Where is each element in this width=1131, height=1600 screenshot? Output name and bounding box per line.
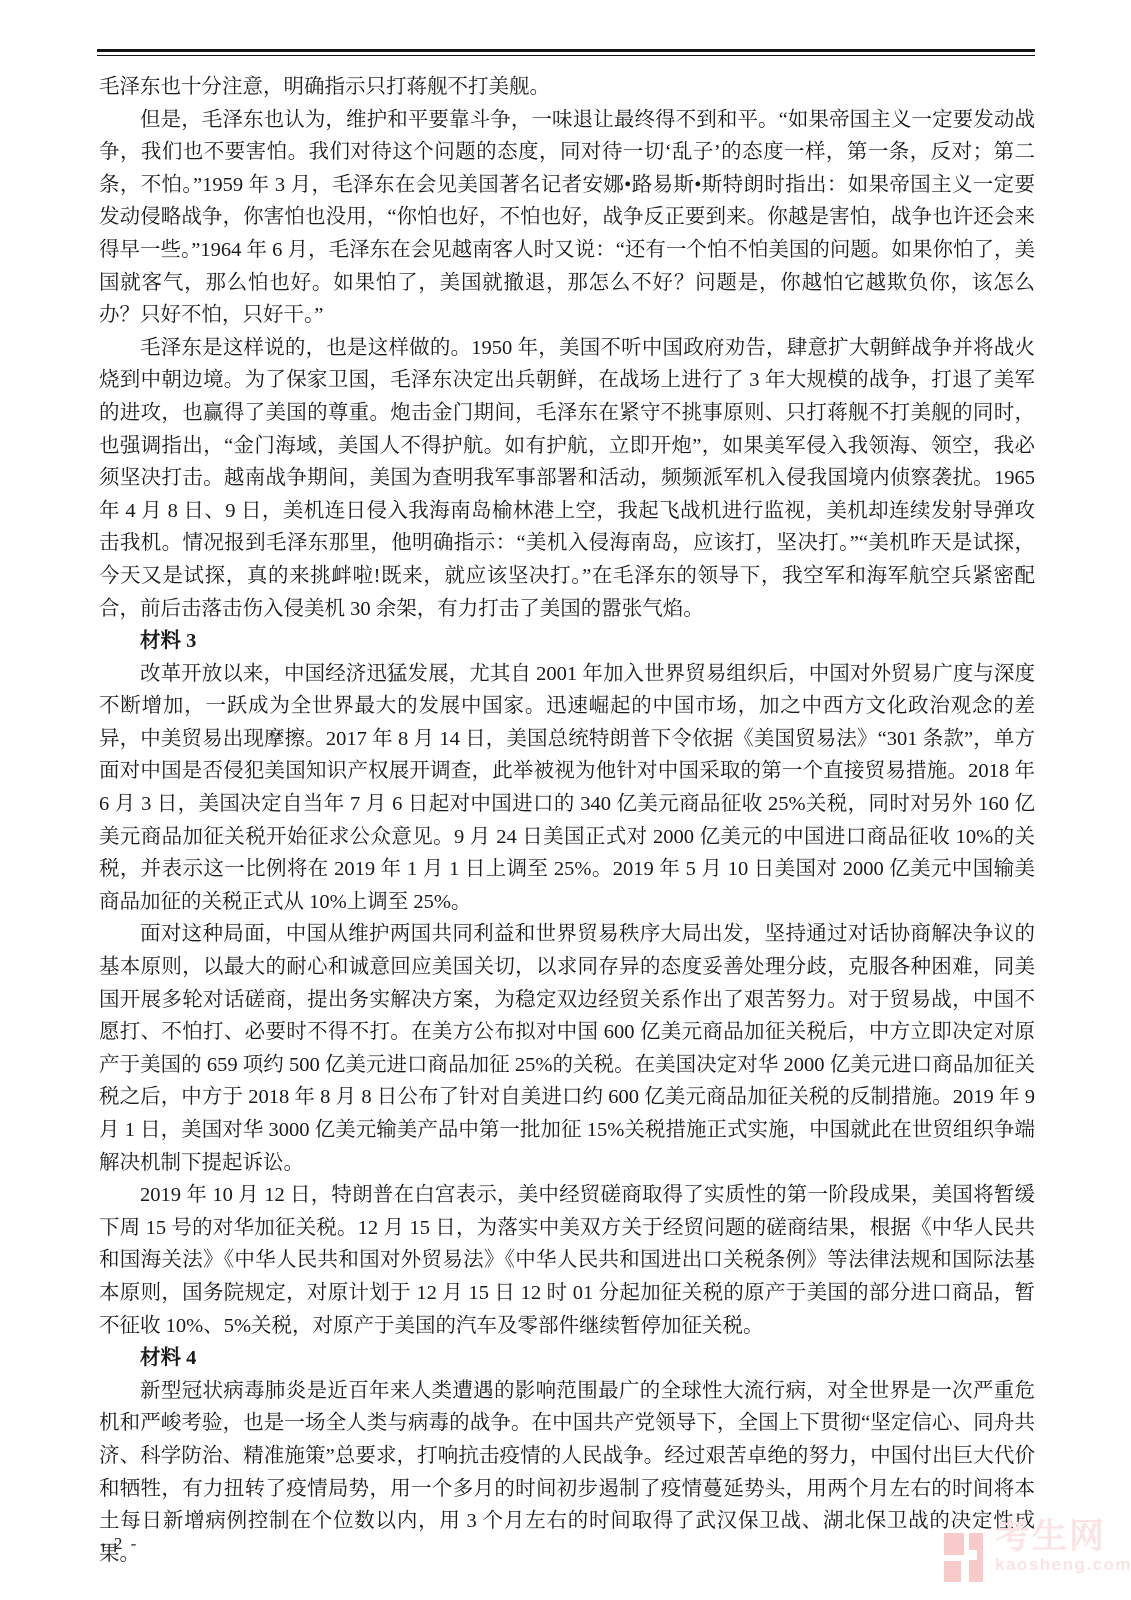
material-3-heading: 材料 3 <box>99 625 1035 658</box>
paragraph: 毛泽东是这样说的，也是这样做的。1950 年，美国不听中国政府劝告，肆意扩大朝鲜… <box>99 332 1035 625</box>
document-page: 毛泽东也十分注意，明确指示只打蒋舰不打美舰。 但是，毛泽东也认为，维护和平要靠斗… <box>0 0 1131 1600</box>
page-number: - 2 - <box>100 1534 138 1554</box>
paragraph: 但是，毛泽东也认为，维护和平要靠斗争，一味退让最终得不到和平。“如果帝国主义一定… <box>99 104 1035 332</box>
watermark-site-domain: kaosheng.com <box>995 1556 1131 1573</box>
logo-block <box>944 1533 964 1555</box>
paragraph: 面对这种局面，中国从维护两国共同利益和世界贸易秩序大局出发，坚持通过对话协商解决… <box>99 918 1035 1179</box>
logo-notch <box>969 1550 977 1560</box>
paragraph: 新型冠状病毒肺炎是近百年来人类遭遇的影响范围最广的全球性大流行病，对全世界是一次… <box>99 1375 1035 1571</box>
kaosheng-logo-icon <box>944 1519 986 1582</box>
paragraph: 毛泽东也十分注意，明确指示只打蒋舰不打美舰。 <box>99 71 1035 104</box>
watermark-text: 考生网 kaosheng.com <box>995 1519 1131 1573</box>
paragraph: 改革开放以来，中国经济迅猛发展，尤其自 2001 年加入世界贸易组织后，中国对外… <box>99 658 1035 919</box>
material-4-heading: 材料 4 <box>99 1342 1035 1375</box>
watermark-site-name: 考生网 <box>995 1519 1131 1554</box>
kaosheng-watermark: 考生网 kaosheng.com <box>944 1519 1131 1582</box>
document-body: 毛泽东也十分注意，明确指示只打蒋舰不打美舰。 但是，毛泽东也认为，维护和平要靠斗… <box>99 71 1035 1570</box>
header-double-rule <box>97 49 1035 56</box>
logo-block <box>944 1561 961 1582</box>
paragraph: 2019 年 10 月 12 日，特朗普在白宫表示，美中经贸磋商取得了实质性的第… <box>99 1179 1035 1342</box>
